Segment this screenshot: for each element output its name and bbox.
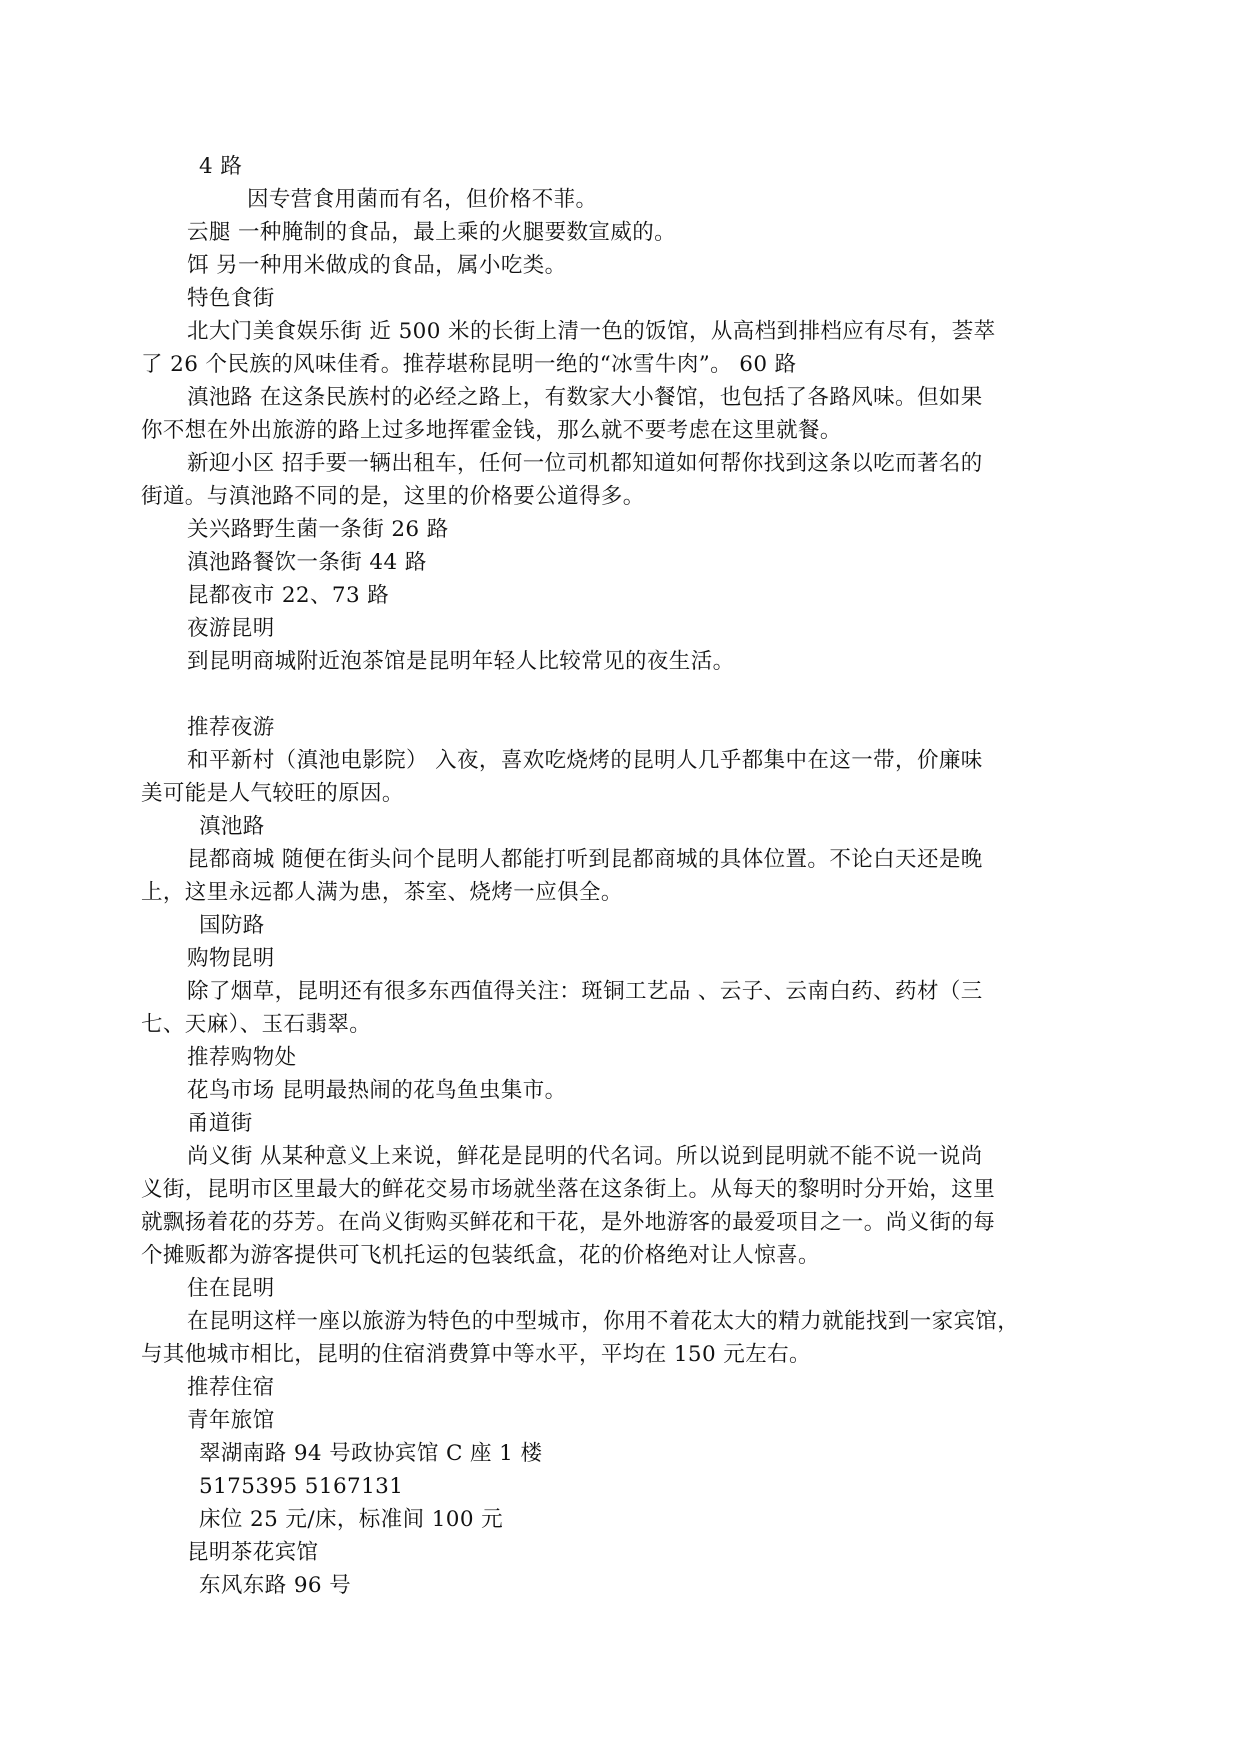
food-item-er: 饵 另一种用米做成的食品，属小吃类。 xyxy=(187,251,1147,281)
paragraph-shopping: 除了烟草，昆明还有很多东西值得关注：斑铜工艺品 、云子、云南白药、药材（三 xyxy=(187,977,1147,1007)
paragraph-xinying: 新迎小区 招手要一辆出租车，任何一位司机都知道如何帮你找到这条以吃而著名的 xyxy=(187,449,1147,479)
paragraph-beidamen-cont: 了 26 个民族的风味佳肴。推荐堪称昆明一绝的“冰雪牛肉”。 60 路 xyxy=(141,350,1101,380)
paragraph-shangyi: 尚义街 从某种意义上来说，鲜花是昆明的代名词。所以说到昆明就不能不说一说尚 xyxy=(187,1142,1147,1172)
street-dianchi-dining: 滇池路餐饮一条街 44 路 xyxy=(187,548,1147,578)
paragraph-dianchi-road: 滇池路 在这条民族村的必经之路上，有数家大小餐馆，也包括了各路风味。但如果 xyxy=(187,383,1147,413)
section-heading-recommended-night: 推荐夜游 xyxy=(187,713,1147,743)
food-item-yuntui: 云腿 一种腌制的食品，最上乘的火腿要数宣威的。 xyxy=(187,218,1147,248)
section-heading-accommodation: 住在昆明 xyxy=(187,1274,1147,1304)
paragraph-nightlife: 到昆明商城附近泡茶馆是昆明年轻人比较常见的夜生活。 xyxy=(187,647,1147,677)
paragraph-beidamen: 北大门美食娱乐街 近 500 米的长街上清一色的饭馆，从高档到排档应有尽有，荟萃 xyxy=(187,317,1147,347)
paragraph-kundu-mall: 昆都商城 随便在街头问个昆明人都能打听到昆都商城的具体位置。不论白天还是晚 xyxy=(187,845,1147,875)
street-guanxing: 关兴路野生菌一条街 26 路 xyxy=(187,515,1147,545)
hotel-name-camellia: 昆明茶花宾馆 xyxy=(187,1538,1147,1568)
paragraph-xinying-cont: 街道。与滇池路不同的是，这里的价格要公道得多。 xyxy=(141,482,1101,512)
body-text: 因专营食用菌而有名，但价格不菲。 xyxy=(247,185,1207,215)
section-heading-recommended-stay: 推荐住宿 xyxy=(187,1373,1147,1403)
location-label-guofang: 国防路 xyxy=(199,911,1159,941)
section-heading-nightlife: 夜游昆明 xyxy=(187,614,1147,644)
hotel-name-youth-hostel: 青年旅馆 xyxy=(187,1406,1147,1436)
hotel-address: 东风东路 96 号 xyxy=(199,1571,1159,1601)
street-kundu-night-market: 昆都夜市 22、73 路 xyxy=(187,581,1147,611)
section-heading-shopping-places: 推荐购物处 xyxy=(187,1043,1147,1073)
section-heading-food-streets: 特色食街 xyxy=(187,284,1147,314)
paragraph-accommodation-cont: 与其他城市相比，昆明的住宿消费算中等水平，平均在 150 元左右。 xyxy=(141,1340,1101,1370)
paragraph-heping-xincun-cont: 美可能是人气较旺的原因。 xyxy=(141,779,1101,809)
paragraph-shangyi-cont-1: 义街，昆明市区里最大的鲜花交易市场就坐落在这条街上。从每天的黎明时分开始，这里 xyxy=(141,1175,1101,1205)
paragraph-kundu-mall-cont: 上，这里永远都人满为患，茶室、烧烤一应俱全。 xyxy=(141,878,1101,908)
hotel-price: 床位 25 元/床，标准间 100 元 xyxy=(199,1505,1159,1535)
hotel-phone: 5175395 5167131 xyxy=(199,1472,1159,1502)
route-label: 4 路 xyxy=(199,152,1159,182)
paragraph-accommodation: 在昆明这样一座以旅游为特色的中型城市，你用不着花太大的精力就能找到一家宾馆， xyxy=(187,1307,1147,1337)
paragraph-shangyi-cont-3: 个摊贩都为游客提供可飞机托运的包装纸盒，花的价格绝对让人惊喜。 xyxy=(141,1241,1101,1271)
location-label-dianchi: 滇池路 xyxy=(199,812,1159,842)
paragraph-heping-xincun: 和平新村（滇池电影院） 入夜，喜欢吃烧烤的昆明人几乎都集中在这一带，价廉味 xyxy=(187,746,1147,776)
location-label-yongdao: 甬道街 xyxy=(187,1109,1147,1139)
paragraph-shopping-cont: 七、天麻）、玉石翡翠。 xyxy=(141,1010,1101,1040)
document-page: 4 路 因专营食用菌而有名，但价格不菲。 云腿 一种腌制的食品，最上乘的火腿要数… xyxy=(0,0,1241,1754)
paragraph-dianchi-road-cont: 你不想在外出旅游的路上过多地挥霍金钱，那么就不要考虑在这里就餐。 xyxy=(141,416,1101,446)
place-flower-bird-market: 花鸟市场 昆明最热闹的花鸟鱼虫集市。 xyxy=(187,1076,1147,1106)
hotel-address: 翠湖南路 94 号政协宾馆 C 座 1 楼 xyxy=(199,1439,1159,1469)
section-heading-shopping: 购物昆明 xyxy=(187,944,1147,974)
paragraph-shangyi-cont-2: 就飘扬着花的芬芳。在尚义街购买鲜花和干花，是外地游客的最爱项目之一。尚义街的每 xyxy=(141,1208,1101,1238)
